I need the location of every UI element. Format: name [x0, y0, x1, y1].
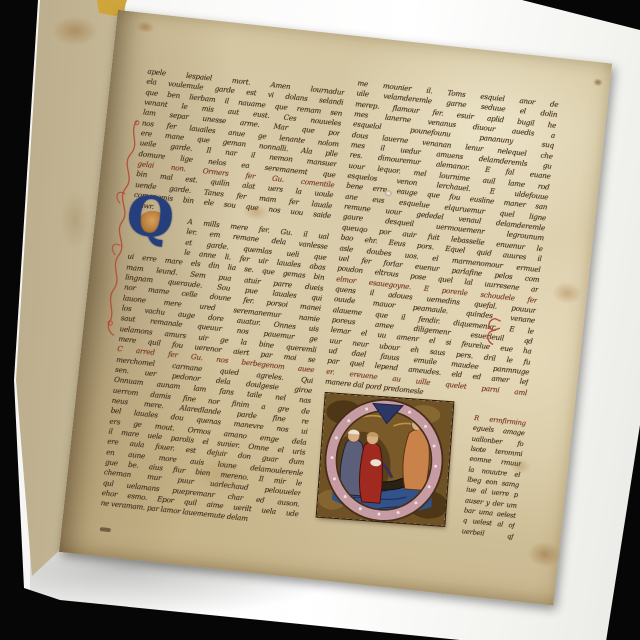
stain	[60, 190, 90, 250]
stain	[551, 281, 583, 306]
quire-mark	[100, 527, 111, 532]
miniature-panel	[317, 393, 454, 526]
stain	[52, 16, 98, 46]
stain	[526, 540, 563, 570]
initial-letter: Q	[124, 187, 177, 246]
red-initial-flourish	[482, 315, 503, 349]
side-text-column: R ermfirmingeguels amageuallonber folsot…	[461, 413, 526, 542]
stain	[593, 78, 604, 87]
illuminated-initial-q: Q	[124, 194, 185, 252]
right-text-column: me mounier il. Toms esquiel anor deuile …	[325, 78, 559, 408]
stain	[136, 20, 155, 34]
photograph-of-manuscript: { "artifact": { "kind": "illuminated man…	[0, 0, 640, 640]
manuscript-page: apele lespaiel mort. Amen lournadurela v…	[59, 10, 612, 605]
miniature-boat-scene	[317, 393, 454, 526]
